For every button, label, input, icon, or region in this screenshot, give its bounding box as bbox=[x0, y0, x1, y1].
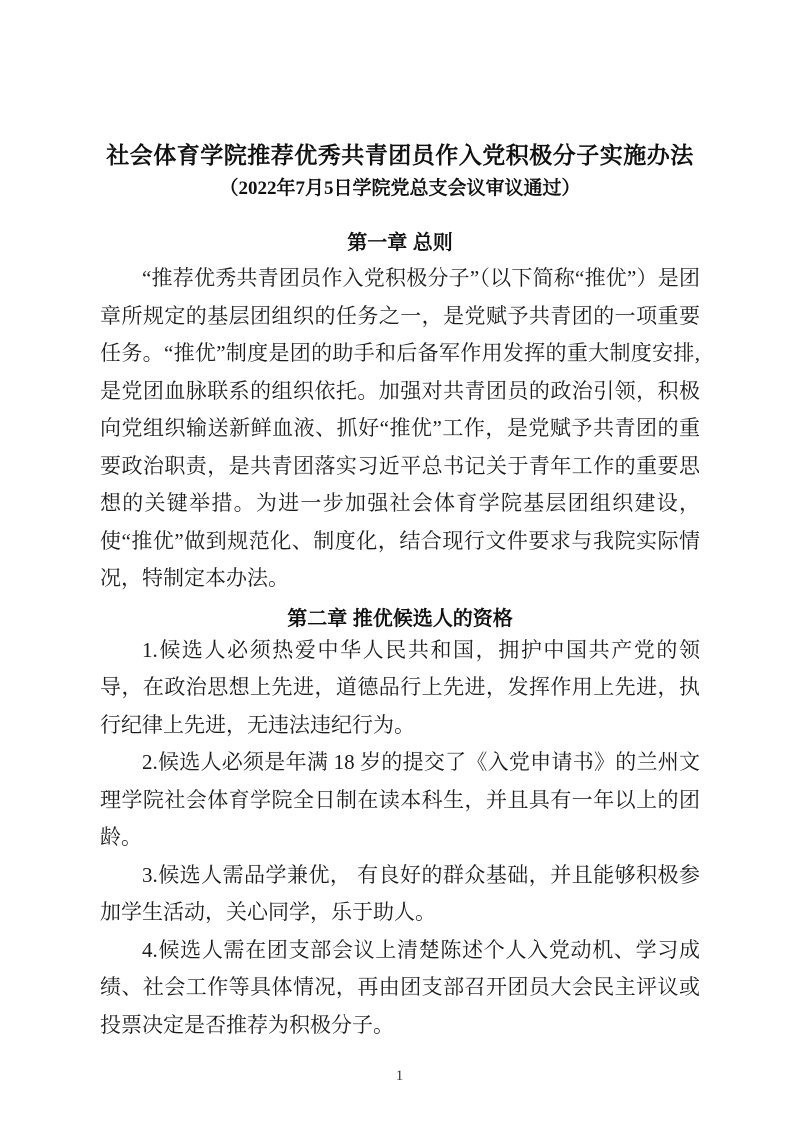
chapter-2-heading: 第二章 推优候选人的资格 bbox=[100, 607, 700, 632]
page-number: 1 bbox=[0, 1068, 799, 1085]
requirement-item-3: 3.候选人需品学兼优， 有良好的群众基础，并且能够积极参加学生活动，关心同学，乐… bbox=[100, 857, 700, 932]
document-page: 社会体育学院推荐优秀共青团员作入党积极分子实施办法 （2022年7月5日学院党总… bbox=[0, 0, 799, 1131]
document-subtitle: （2022年7月5日学院党总支会议审议通过） bbox=[100, 177, 700, 201]
document-title: 社会体育学院推荐优秀共青团员作入党积极分子实施办法 bbox=[100, 141, 700, 170]
chapter-1-paragraph: “推荐优秀共青团员作入党积极分子”（以下简称“推优”）是团章所规定的基层团组织的… bbox=[100, 260, 700, 598]
requirement-item-4: 4.候选人需在团支部会议上清楚陈述个人入党动机、学习成绩、社会工作等具体情况，再… bbox=[100, 932, 700, 1045]
requirement-item-1: 1.候选人必须热爱中华人民共和国，拥护中国共产党的领导，在政治思想上先进，道德品… bbox=[100, 632, 700, 745]
chapter-1-heading: 第一章 总则 bbox=[100, 231, 700, 256]
requirement-item-2: 2.候选人必须是年满 18 岁的提交了《入党申请书》的兰州文理学院社会体育学院全… bbox=[100, 744, 700, 857]
